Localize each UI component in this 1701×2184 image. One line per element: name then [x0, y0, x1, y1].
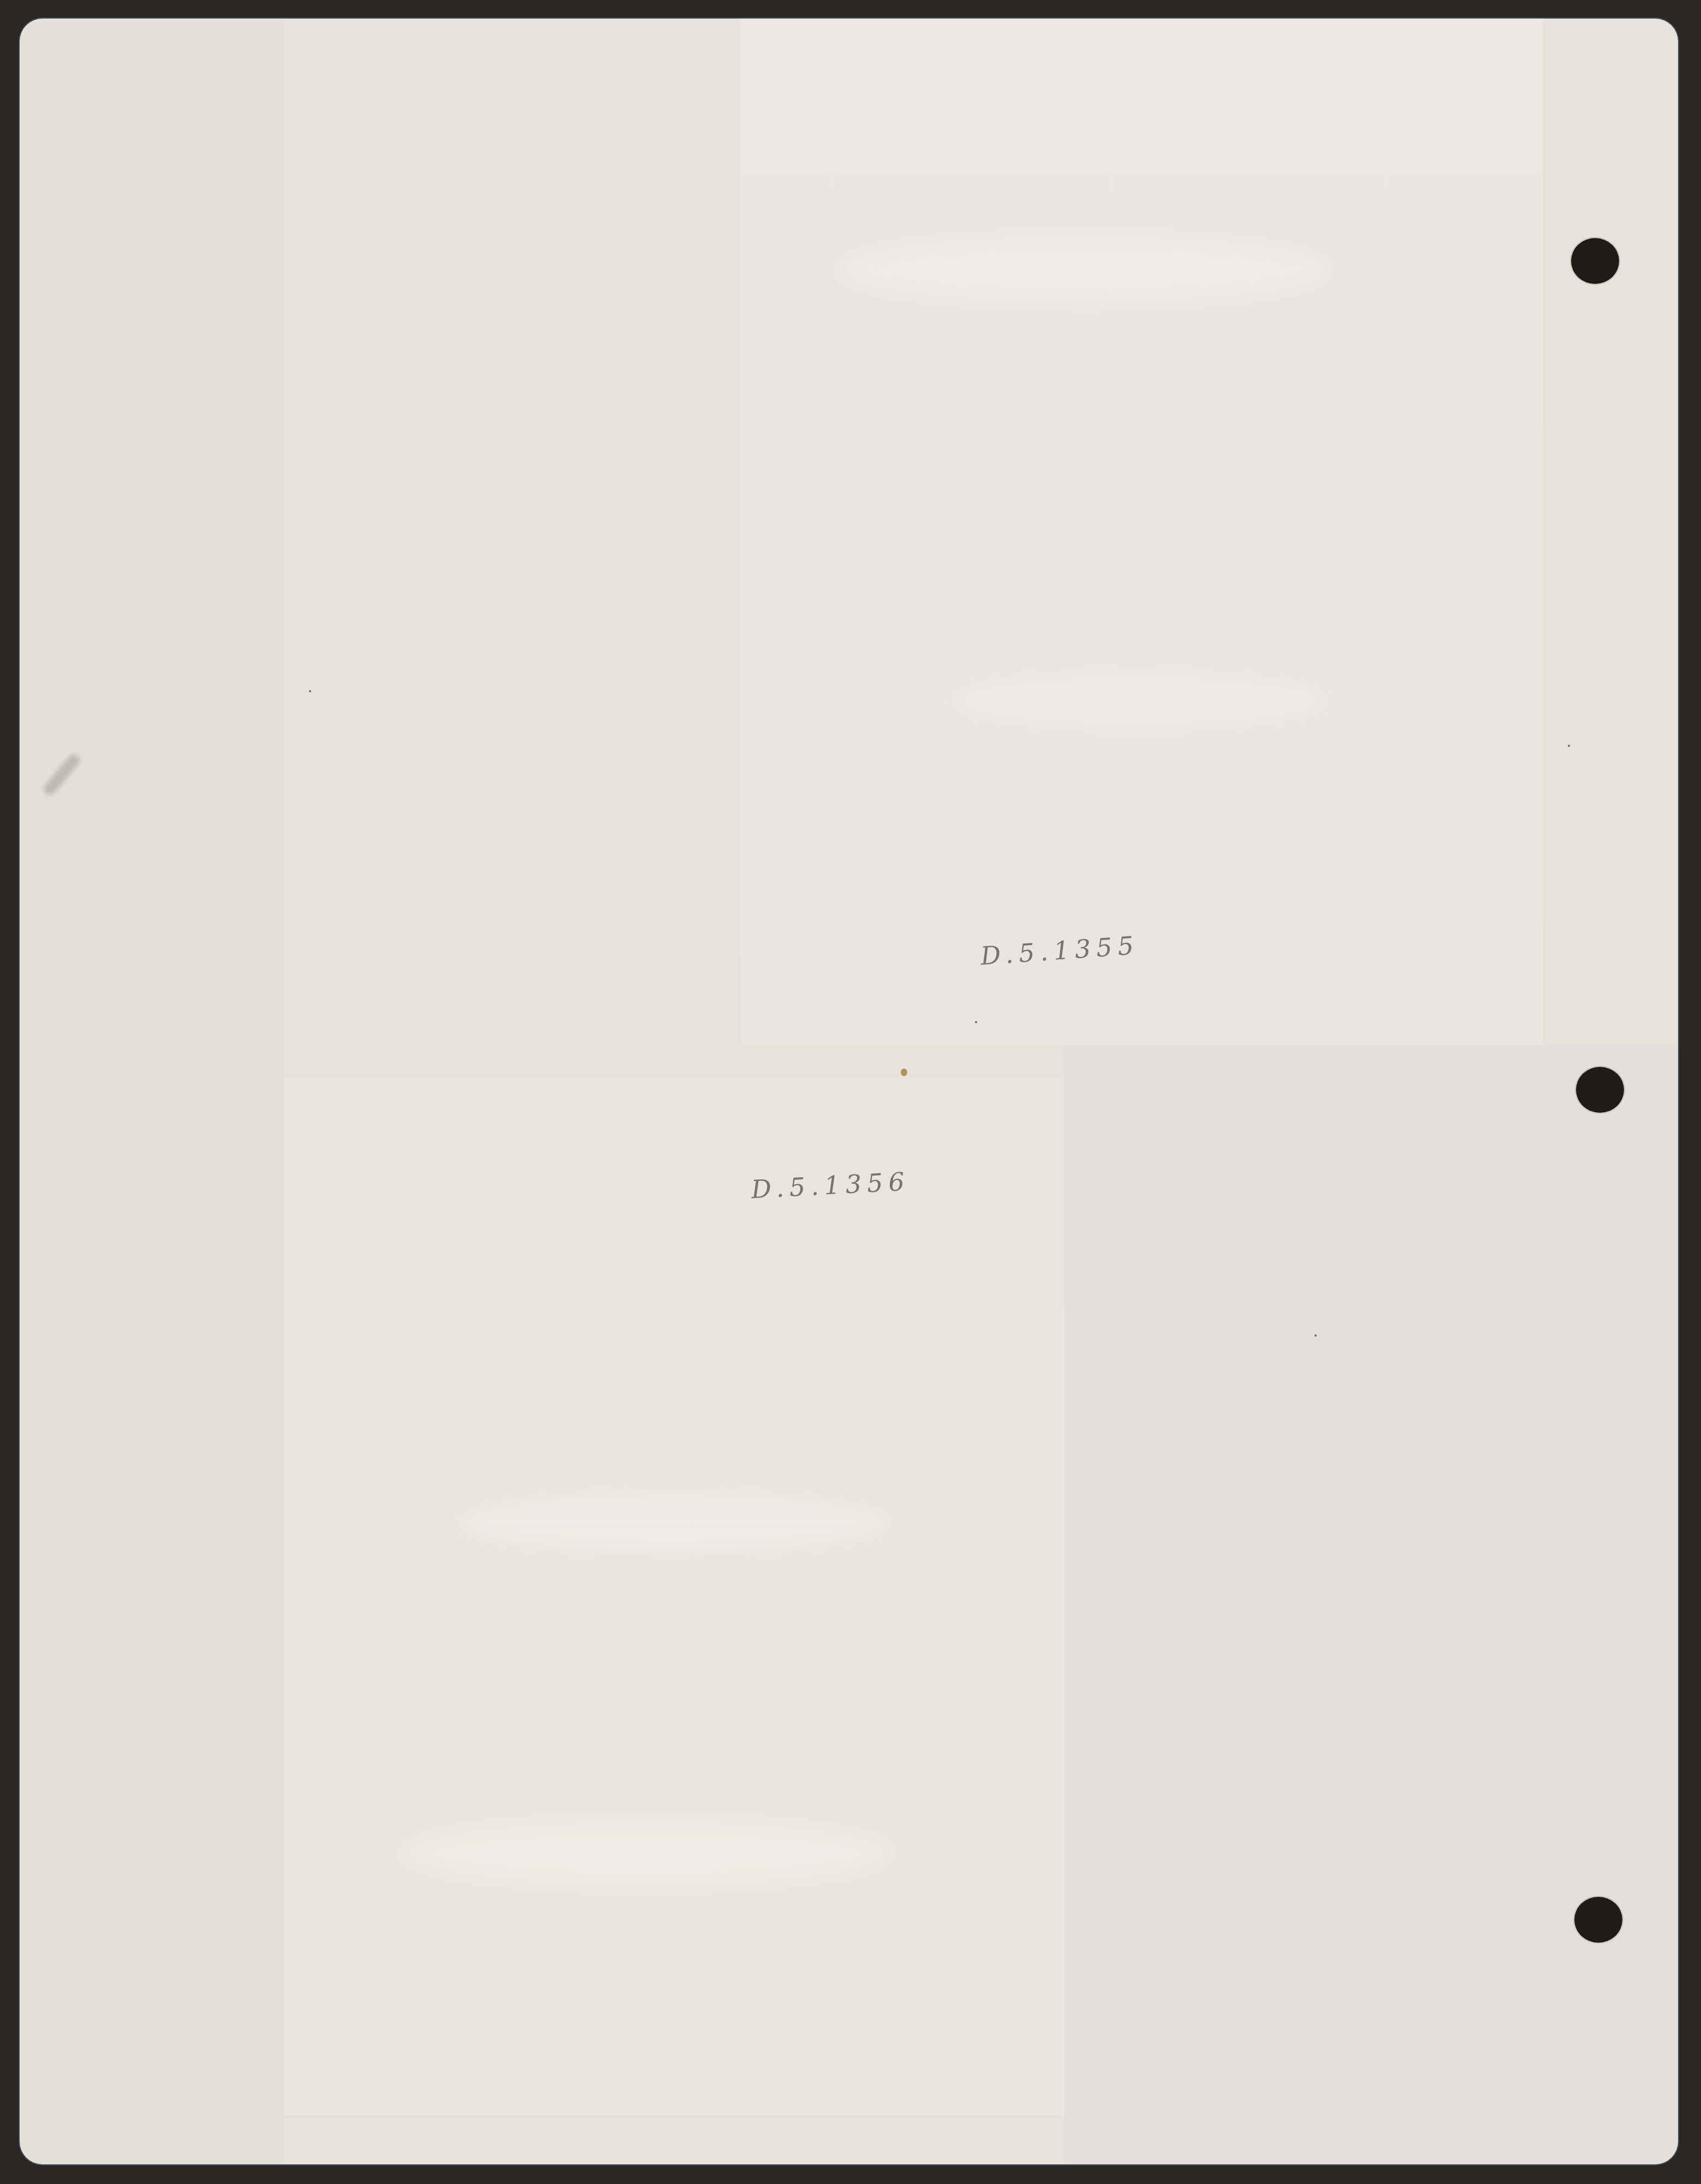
paper-speck [1568, 745, 1570, 747]
album-page: D.5.1355 D.5.1356 [20, 19, 1678, 2164]
foxing-stain [901, 1069, 907, 1076]
paper-sheen [456, 1493, 893, 1553]
binder-hole-bottom [1574, 1897, 1622, 1943]
mount-shadow-left [20, 19, 284, 2164]
binder-hole-middle [1576, 1067, 1624, 1113]
paper-speck [975, 1021, 977, 1023]
paper-sheen [402, 1820, 893, 1886]
binder-hole-top [1571, 238, 1619, 284]
mount-shadow-top-right [740, 19, 1543, 1045]
paper-speck [309, 690, 311, 692]
mount-shadow-bottom-right [1064, 1045, 1678, 2164]
mount-shadow-bottom-center [284, 1078, 1064, 2115]
paper-sheen [838, 237, 1330, 302]
paper-speck [1315, 1334, 1317, 1337]
paper-sheen [948, 674, 1330, 728]
